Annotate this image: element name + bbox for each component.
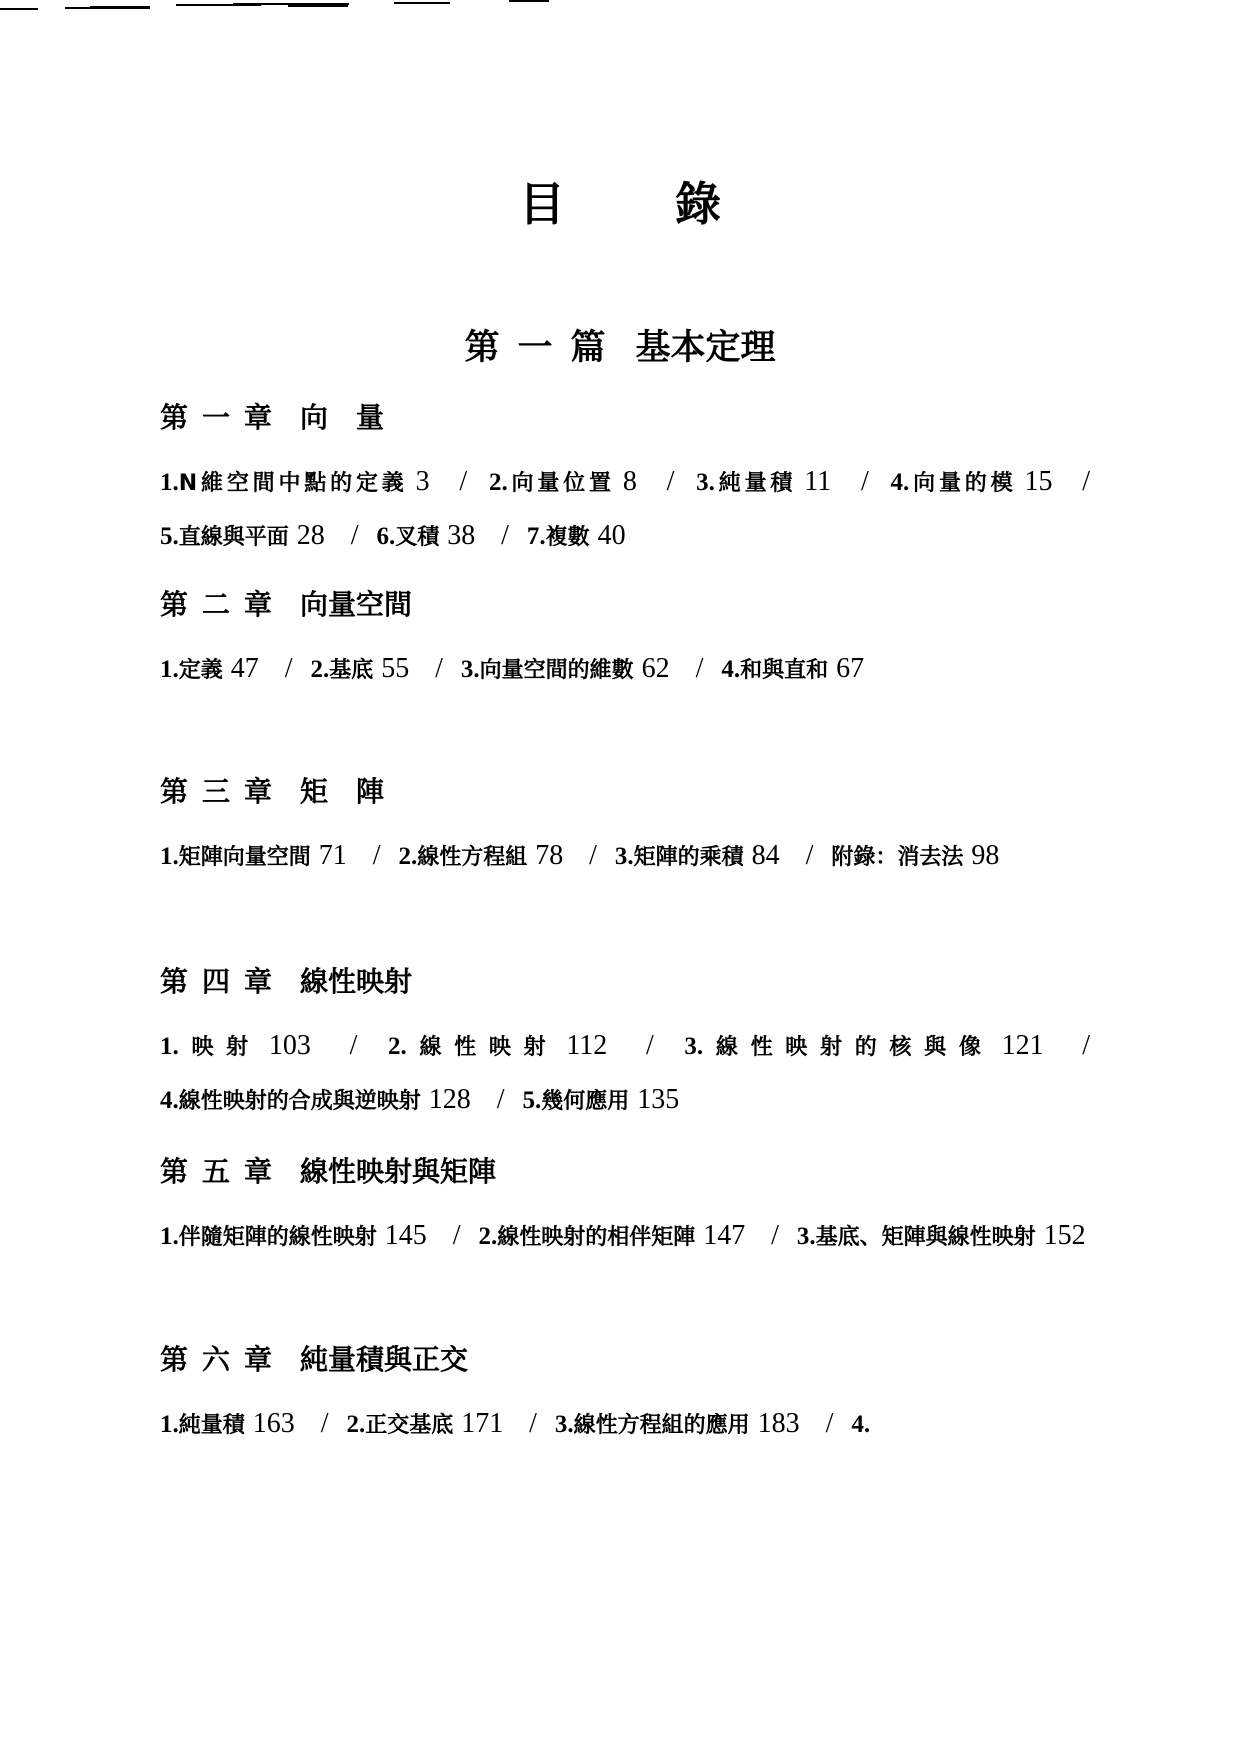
chapter-entries: 1.N維空間中點的定義3 / 2.向量位置8 / 3.純量積11 / 4.向量的… — [160, 456, 1100, 564]
entry-page: 183 — [758, 1408, 800, 1439]
entry-number: 2. — [478, 1223, 497, 1250]
entry-page: 47 — [231, 653, 259, 684]
chapter-label: 第 — [160, 1152, 188, 1192]
entry-title: 線性映射的相伴矩陣 — [497, 1225, 695, 1250]
entry-title: 叉積 — [395, 525, 439, 550]
part-name: 基本定理 — [636, 328, 776, 368]
chapter-number: 六 — [202, 1340, 230, 1380]
entry-title: 基底 — [329, 658, 373, 683]
toc-entry[interactable]: 1.定義47 — [160, 654, 259, 683]
chapter-heading: 第四章線性映射 — [160, 962, 1100, 1002]
toc-entry[interactable]: 2.線性映射的相伴矩陣147 — [478, 1221, 745, 1250]
entry-page: 163 — [253, 1408, 295, 1439]
chapter-unit: 章 — [244, 398, 272, 438]
entry-title: 幾何應用 — [541, 1089, 629, 1114]
entry-title: 線性映射的核與像 — [703, 1035, 993, 1060]
chapter-number: 二 — [202, 585, 230, 625]
entry-number: 3. — [461, 656, 480, 683]
entry-page: 11 — [804, 466, 831, 497]
chapter-entries: 1.定義47 / 2.基底55 / 3.向量空間的維數62 / 4.和與直和67 — [160, 643, 1100, 697]
entry-number: 7. — [527, 523, 546, 550]
toc-entry[interactable]: 4. — [851, 1409, 870, 1438]
entry-page: 135 — [637, 1084, 679, 1115]
chapter-3: 第三章矩 陣1.矩陣向量空間71 / 2.線性方程組78 / 3.矩陣的乘積84… — [160, 772, 1100, 884]
entry-title: 矩陣向量空間 — [179, 845, 311, 870]
entry-number: 3. — [615, 843, 634, 870]
toc-entry[interactable]: 2.向量位置8 — [489, 467, 637, 496]
entry-page: 145 — [385, 1220, 427, 1251]
toc-entry[interactable]: 3.基底、矩陣與線性映射152 — [797, 1221, 1086, 1250]
entry-number: 3. — [555, 1411, 574, 1438]
entry-number: 2. — [489, 469, 508, 496]
entry-number: 1. — [160, 843, 179, 870]
toc-entry[interactable]: 1.矩陣向量空間71 — [160, 841, 347, 870]
entry-title: 線性映射 — [407, 1035, 559, 1060]
entry-number: 3. — [684, 1033, 703, 1060]
toc-entry[interactable]: 1.伴隨矩陣的線性映射145 — [160, 1221, 427, 1250]
chapter-entries: 1.映射103 / 2.線性映射112 / 3.線性映射的核與像121 / 4.… — [160, 1020, 1100, 1128]
chapter-label: 第 — [160, 962, 188, 1002]
entry-page: 40 — [598, 520, 626, 551]
chapter-heading: 第五章線性映射與矩陣 — [160, 1152, 1100, 1192]
chapter-unit: 章 — [244, 1152, 272, 1192]
entry-page: 28 — [297, 520, 325, 551]
entry-separator: / — [497, 1084, 505, 1115]
entry-title: 純量積 — [715, 471, 796, 496]
entry-number: 3. — [797, 1223, 816, 1250]
entry-page: 103 — [269, 1030, 311, 1061]
entry-separator: / — [771, 1220, 779, 1251]
entry-page: 128 — [429, 1084, 471, 1115]
entry-title: 複數 — [546, 525, 590, 550]
title-char-1: 目 — [519, 168, 565, 234]
toc-entry[interactable]: 2.線性方程組78 — [398, 841, 563, 870]
chapter-number: 四 — [202, 962, 230, 1002]
chapter-heading: 第六章純量積與正交 — [160, 1340, 1100, 1380]
chapter-number: 三 — [202, 772, 230, 812]
chapter-1: 第一章向 量1.N維空間中點的定義3 / 2.向量位置8 / 3.純量積11 /… — [160, 398, 1100, 564]
entry-title: 線性映射的合成與逆映射 — [179, 1089, 421, 1114]
chapter-name: 線性映射與矩陣 — [300, 1152, 496, 1192]
toc-entry[interactable]: 2.正交基底171 — [346, 1409, 503, 1438]
part-label: 第 — [464, 320, 499, 370]
chapter-2: 第二章向量空間1.定義47 / 2.基底55 / 3.向量空間的維數62 / 4… — [160, 585, 1100, 697]
part-number: 一 — [517, 320, 552, 370]
toc-entry[interactable]: 1.純量積163 — [160, 1409, 295, 1438]
chapter-label: 第 — [160, 398, 188, 438]
entry-page: 171 — [461, 1408, 503, 1439]
toc-entry[interactable]: 5.直線與平面28 — [160, 521, 325, 550]
entry-number: 4. — [891, 469, 910, 496]
toc-entry[interactable]: 7.複數40 — [527, 521, 626, 550]
toc-entry[interactable]: 3.向量空間的維數62 — [461, 654, 670, 683]
entry-title: 向量的模 — [909, 471, 1016, 496]
entry-title: 直線與平面 — [179, 525, 289, 550]
entry-title: 基底、矩陣與線性映射 — [816, 1225, 1036, 1250]
entry-title: 向量位置 — [508, 471, 615, 496]
chapter-name: 矩 陣 — [300, 772, 384, 812]
entry-page: 84 — [752, 840, 780, 871]
toc-entry[interactable]: 5.幾何應用135 — [522, 1085, 679, 1114]
entry-number: 6. — [376, 523, 395, 550]
chapter-unit: 章 — [244, 962, 272, 1002]
toc-entry[interactable]: 2.基底55 — [310, 654, 409, 683]
entry-separator: / — [589, 840, 597, 871]
chapter-5: 第五章線性映射與矩陣1.伴隨矩陣的線性映射145 / 2.線性映射的相伴矩陣14… — [160, 1152, 1100, 1264]
toc-entry[interactable]: 3.線性映射的核與像121 — [684, 1031, 1043, 1060]
toc-entry[interactable]: 附錄：消去法98 — [831, 841, 999, 870]
entry-number: 1. — [160, 1223, 179, 1250]
entry-number: 2. — [388, 1033, 407, 1060]
entry-separator: / — [806, 840, 814, 871]
entry-number: 5. — [522, 1087, 541, 1114]
entry-separator: / — [351, 520, 359, 551]
entry-separator: / — [529, 1408, 537, 1439]
chapter-number: 五 — [202, 1152, 230, 1192]
entry-title: 附錄：消去法 — [831, 845, 963, 870]
entry-separator: / — [285, 653, 293, 684]
toc-entry[interactable]: 4.線性映射的合成與逆映射128 — [160, 1085, 471, 1114]
entry-page: 152 — [1044, 1220, 1086, 1251]
entry-separator: / — [373, 840, 381, 871]
chapter-name: 線性映射 — [300, 962, 412, 1002]
scan-artifact-lines — [0, 0, 800, 12]
entry-separator: / — [646, 1030, 654, 1061]
part-unit: 篇 — [571, 320, 606, 370]
entry-number: 1. — [160, 1411, 179, 1438]
chapter-unit: 章 — [244, 585, 272, 625]
toc-entry[interactable]: 1.N維空間中點的定義3 — [160, 467, 430, 496]
toc-entry[interactable]: 3.線性方程組的應用183 — [555, 1409, 800, 1438]
entry-number: 4. — [160, 1087, 179, 1114]
entry-number: 3. — [696, 469, 715, 496]
entry-number: 1. — [160, 656, 179, 683]
title-char-2: 錄 — [675, 168, 721, 234]
entry-separator: / — [861, 466, 869, 497]
entry-page: 15 — [1024, 466, 1052, 497]
chapter-entries: 1.矩陣向量空間71 / 2.線性方程組78 / 3.矩陣的乘積84 / 附錄：… — [160, 830, 1100, 884]
chapter-label: 第 — [160, 772, 188, 812]
toc-entry[interactable]: 4.向量的模15 — [891, 467, 1053, 496]
entry-title: N維空間中點的定義 — [179, 471, 408, 496]
entry-page: 78 — [535, 840, 563, 871]
chapter-unit: 章 — [244, 1340, 272, 1380]
entry-number: 4. — [721, 656, 740, 683]
entry-title: 伴隨矩陣的線性映射 — [179, 1225, 377, 1250]
entry-title: 向量空間的維數 — [480, 658, 634, 683]
chapter-name: 向 量 — [300, 398, 384, 438]
toc-entry[interactable]: 2.線性映射112 — [388, 1031, 607, 1060]
entry-page: 147 — [703, 1220, 745, 1251]
chapter-unit: 章 — [244, 772, 272, 812]
toc-entry[interactable]: 4.和與直和67 — [721, 654, 864, 683]
entry-number: 5. — [160, 523, 179, 550]
toc-entry[interactable]: 6.叉積38 — [376, 521, 475, 550]
chapter-heading: 第三章矩 陣 — [160, 772, 1100, 812]
entry-page: 67 — [836, 653, 864, 684]
toc-entry[interactable]: 3.純量積11 — [696, 467, 831, 496]
entry-separator: / — [350, 1030, 358, 1061]
chapter-heading: 第二章向量空間 — [160, 585, 1100, 625]
entry-page: 98 — [971, 840, 999, 871]
entry-separator: / — [435, 653, 443, 684]
chapter-label: 第 — [160, 585, 188, 625]
chapter-label: 第 — [160, 1340, 188, 1380]
chapter-heading: 第一章向 量 — [160, 398, 1100, 438]
entry-title: 和與直和 — [740, 658, 828, 683]
entry-separator: / — [459, 466, 467, 497]
entry-separator: / — [453, 1220, 461, 1251]
part-heading: 第一篇基本定理 — [0, 320, 1240, 370]
chapter-4: 第四章線性映射1.映射103 / 2.線性映射112 / 3.線性映射的核與像1… — [160, 962, 1100, 1128]
entry-page: 8 — [623, 466, 637, 497]
entry-number: 2. — [346, 1411, 365, 1438]
entry-number: 4. — [851, 1411, 870, 1438]
entry-page: 71 — [319, 840, 347, 871]
entry-title: 定義 — [179, 658, 223, 683]
entry-page: 38 — [447, 520, 475, 551]
entry-separator: / — [501, 520, 509, 551]
entry-page: 62 — [642, 653, 670, 684]
toc-entry[interactable]: 3.矩陣的乘積84 — [615, 841, 780, 870]
entry-page: 3 — [416, 466, 430, 497]
entry-number: 2. — [310, 656, 329, 683]
entry-title: 映射 — [179, 1035, 261, 1060]
entry-page: 112 — [566, 1030, 607, 1061]
entry-separator: / — [696, 653, 704, 684]
entry-separator: / — [1082, 466, 1090, 497]
entry-separator: / — [667, 466, 675, 497]
entry-title: 線性方程組的應用 — [574, 1413, 750, 1438]
entry-title: 正交基底 — [365, 1413, 453, 1438]
entry-page: 121 — [1002, 1030, 1044, 1061]
entry-number: 1. — [160, 1033, 179, 1060]
entry-separator: / — [826, 1408, 834, 1439]
entry-title: 矩陣的乘積 — [634, 845, 744, 870]
entry-page: 55 — [381, 653, 409, 684]
entry-title: 線性方程組 — [417, 845, 527, 870]
entry-number: 2. — [398, 843, 417, 870]
chapter-entries: 1.純量積163 / 2.正交基底171 / 3.線性方程組的應用183 / 4… — [160, 1398, 1100, 1452]
entry-separator: / — [1082, 1030, 1090, 1061]
page-title: 目錄 — [0, 168, 1240, 234]
chapter-entries: 1.伴隨矩陣的線性映射145 / 2.線性映射的相伴矩陣147 / 3.基底、矩… — [160, 1210, 1100, 1264]
entry-title: 純量積 — [179, 1413, 245, 1438]
toc-entry[interactable]: 1.映射103 — [160, 1031, 311, 1060]
entry-number: 1. — [160, 469, 179, 496]
entry-separator: / — [321, 1408, 329, 1439]
chapter-name: 向量空間 — [300, 585, 412, 625]
chapter-number: 一 — [202, 398, 230, 438]
chapter-6: 第六章純量積與正交1.純量積163 / 2.正交基底171 / 3.線性方程組的… — [160, 1340, 1100, 1452]
chapter-name: 純量積與正交 — [300, 1340, 468, 1380]
